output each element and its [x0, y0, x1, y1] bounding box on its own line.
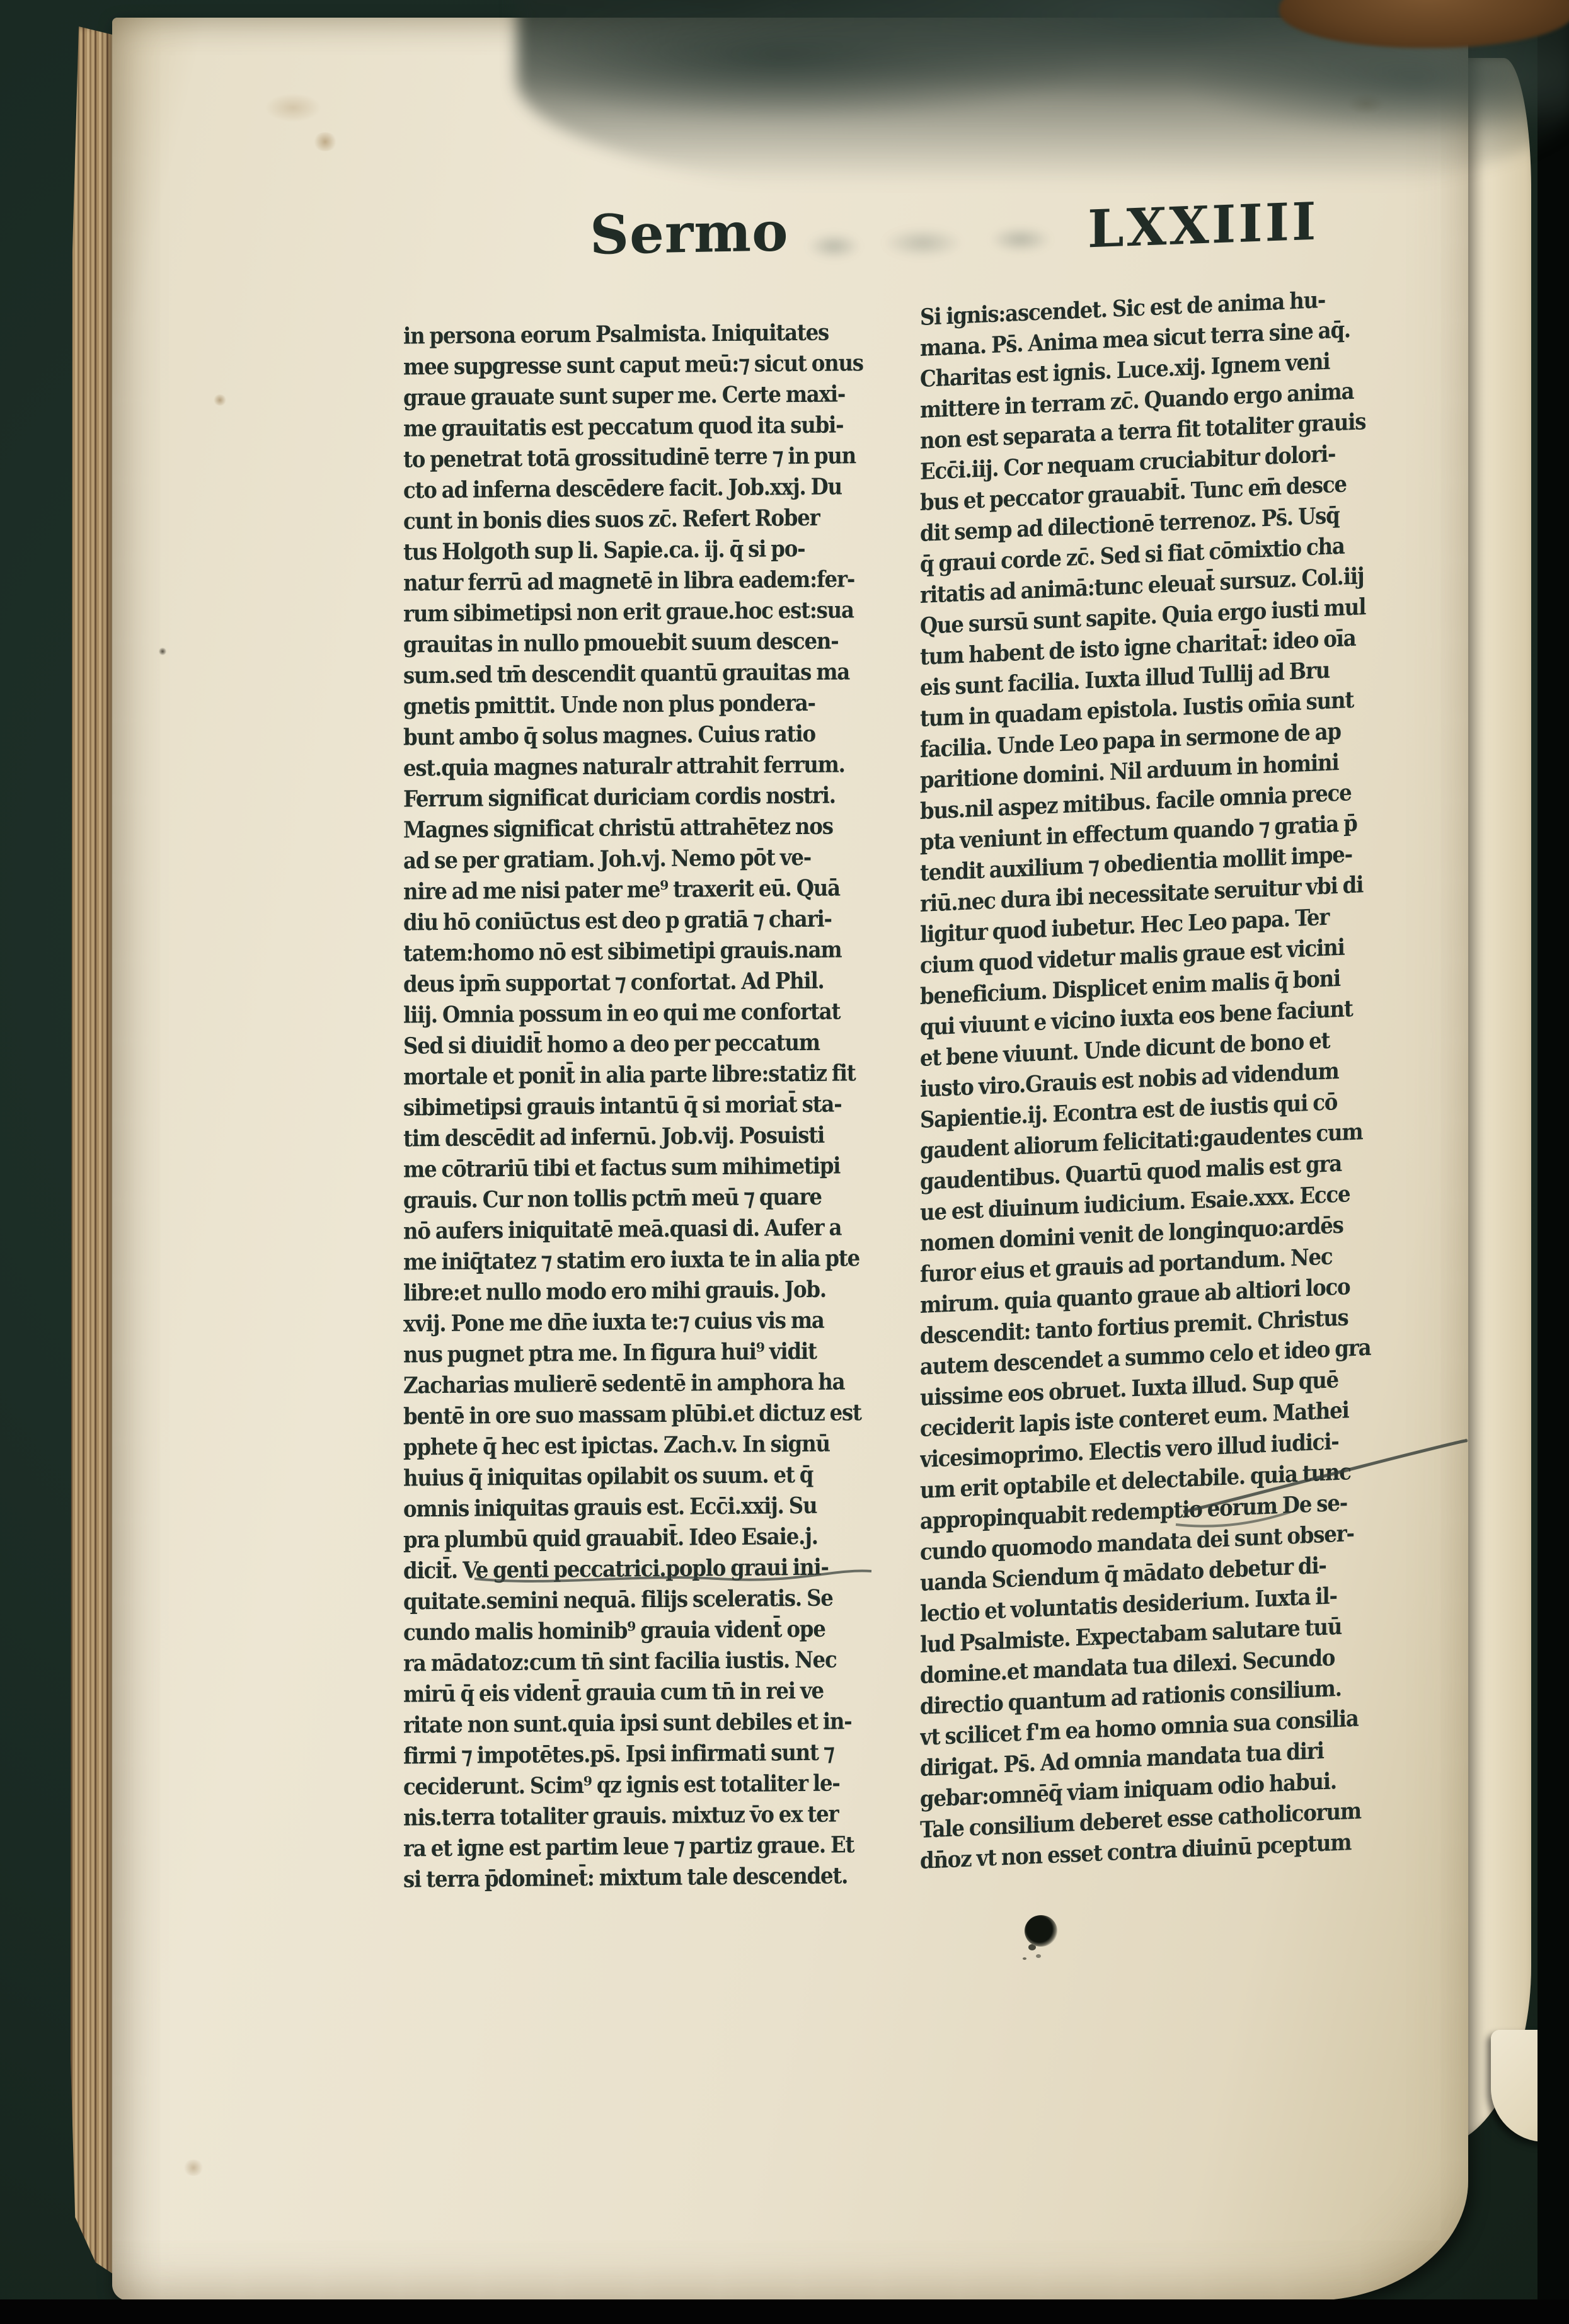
text-line: natur ferrū ad magnetē in libra eadem:fe…: [403, 563, 919, 598]
text-line: mirū q̄ eis vident̄ grauia cum tn̄ in re…: [403, 1674, 919, 1710]
text-line: bunt ambo q̄ solus magnes. Cuius ratio: [403, 718, 919, 753]
text-line: ra mādatoz:cum tn̄ sint facilia iustis. …: [403, 1644, 919, 1679]
text-column-right: Si ignis:ascendet. Sic est de anima hu-m…: [920, 279, 1457, 1877]
text-line: diu hō coniūctus est deo p gratiā ⁊ char…: [403, 903, 919, 938]
text-line: firmi ⁊ impotētes.ps̄. Ipsi infirmati su…: [403, 1736, 919, 1772]
text-line: to penetrat totā grossitudinē terre ⁊ in…: [403, 440, 919, 475]
text-line: cto ad inferna descēdere facit. Job.xxj.…: [403, 471, 919, 506]
text-line: mortale et ponit̄ in alia parte libre:st…: [403, 1057, 919, 1092]
text-line: Zacharias mulierē sedentē in amphora ha: [403, 1366, 919, 1401]
text-column-left: in persona eorum Psalmista. Iniquitatesm…: [403, 316, 919, 1895]
text-line: gnetis pmittit. Unde non plus pondera-: [403, 687, 919, 722]
text-line: grauis. Cur non tollis pctm̄ meū ⁊ quare: [403, 1181, 919, 1216]
text-line: nire ad me nisi pater me⁹ traxerit eū. Q…: [403, 872, 919, 907]
text-line: quitate.semini nequā. filijs sceleratis.…: [403, 1582, 919, 1617]
text-line: libre:et nullo modo ero mihi grauis. Job…: [403, 1273, 919, 1308]
text-line: ritate non sunt.quia ipsi sunt debiles e…: [403, 1705, 919, 1741]
ink-blot-stain: [1025, 1915, 1057, 1947]
foxing-spot: [313, 132, 338, 151]
running-title: Sermo: [590, 200, 789, 267]
text-line: nus pugnet ptra me. In figura hui⁹ vidit: [403, 1335, 919, 1370]
text-line: xvij. Pone me dn̄e iuxta te:⁊ cuius vis …: [403, 1304, 919, 1339]
text-line: Magnes significat christū attrahētez nos: [403, 810, 919, 845]
text-line: ad se per gratiam. Joh.vj. Nemo pōt ve-: [403, 841, 919, 876]
book-page: Sermo LXXIIII in persona eorum Psalmista…: [112, 18, 1468, 2301]
foxing-spot: [213, 394, 227, 406]
text-line: me iniq̄tatez ⁊ statim ero iuxta te in a…: [403, 1242, 919, 1278]
text-line: deus ipm̄ supportat ⁊ confortat. Ad Phil…: [403, 965, 919, 1000]
scan-right-gap: [1537, 0, 1569, 2324]
page-stack-edges: [71, 26, 116, 2285]
text-line: cunt in bonis dies suos zc̄. Refert Robe…: [403, 501, 919, 537]
text-line: nis.terra totaliter grauis. mixtuz v̄o e…: [403, 1798, 919, 1833]
text-line: me cōtrariū tibi et factus sum mihimetip…: [403, 1150, 919, 1185]
text-line: grauitas in nullo pmouebit suum descen-: [403, 625, 919, 660]
showthrough-ghost: [790, 210, 1086, 276]
text-line: tus Holgoth sup li. Sapie.ca. ij. q̄ si …: [403, 532, 919, 568]
scanner-bed-strip: [0, 2299, 1569, 2324]
foxing-spot: [159, 648, 166, 655]
text-line: graue grauate sunt super me. Certe maxi-: [403, 378, 919, 413]
text-line: omnis iniquitas grauis est. Ecc̄i.xxij. …: [403, 1489, 919, 1525]
foxing-spot: [265, 93, 321, 122]
text-line: tim descēdit ad infernū. Job.vij. Posuis…: [403, 1119, 919, 1154]
text-line: bentē in ore suo massam plūbi.et dictuz …: [403, 1397, 919, 1432]
text-line: cundo malis hominib⁹ grauia vident̄ ope: [403, 1613, 919, 1648]
text-line: me grauitatis est peccatum quod ita subi…: [403, 409, 919, 444]
text-line: ceciderunt. Scim⁹ qz ignis est totaliter…: [403, 1767, 919, 1802]
text-line: Ferrum significat duriciam cordis nostri…: [403, 779, 919, 815]
text-line: est.quia magnes naturalr attrahit ferrum…: [403, 748, 919, 784]
text-line: si terra p̄dominet̄: mixtum tale descend…: [403, 1860, 919, 1895]
text-line: pphete q̄ hec est ipictas. Zach.v. In si…: [403, 1428, 919, 1463]
text-line: sum.sed tm̄ descendit quantū grauitas ma: [403, 656, 919, 691]
text-line: pra plumbū quid grauabit̄. Ideo Esaie.j.: [403, 1520, 919, 1555]
foxing-spot: [183, 2160, 204, 2176]
text-line: tatem:homo nō est sibimetipi grauis.nam: [403, 934, 919, 969]
text-line: nō aufers iniquitatē meā.quasi di. Aufer…: [403, 1211, 919, 1247]
text-line: sibimetipsi grauis intantū q̄ si moriat̄…: [403, 1088, 919, 1123]
scan-background: Sermo LXXIIII in persona eorum Psalmista…: [0, 0, 1569, 2324]
text-line: dicit̄. Ve genti peccatrici.poplo graui …: [403, 1551, 919, 1586]
text-line: in persona eorum Psalmista. Iniquitates: [403, 316, 919, 352]
text-line: Sed si diuidit̄ homo a deo per peccatum: [403, 1026, 919, 1062]
text-line: huius q̄ iniquitas opilabit os suum. et …: [403, 1458, 919, 1494]
text-line: liij. Omnia possum in eo qui me conforta…: [403, 995, 919, 1031]
text-line: ra et igne est partim leue ⁊ partiz grau…: [403, 1829, 919, 1864]
text-line: rum sibimetipsi non erit graue.hoc est:s…: [403, 594, 919, 629]
text-line: mee supgresse sunt caput meū:⁊ sicut onu…: [403, 347, 919, 382]
